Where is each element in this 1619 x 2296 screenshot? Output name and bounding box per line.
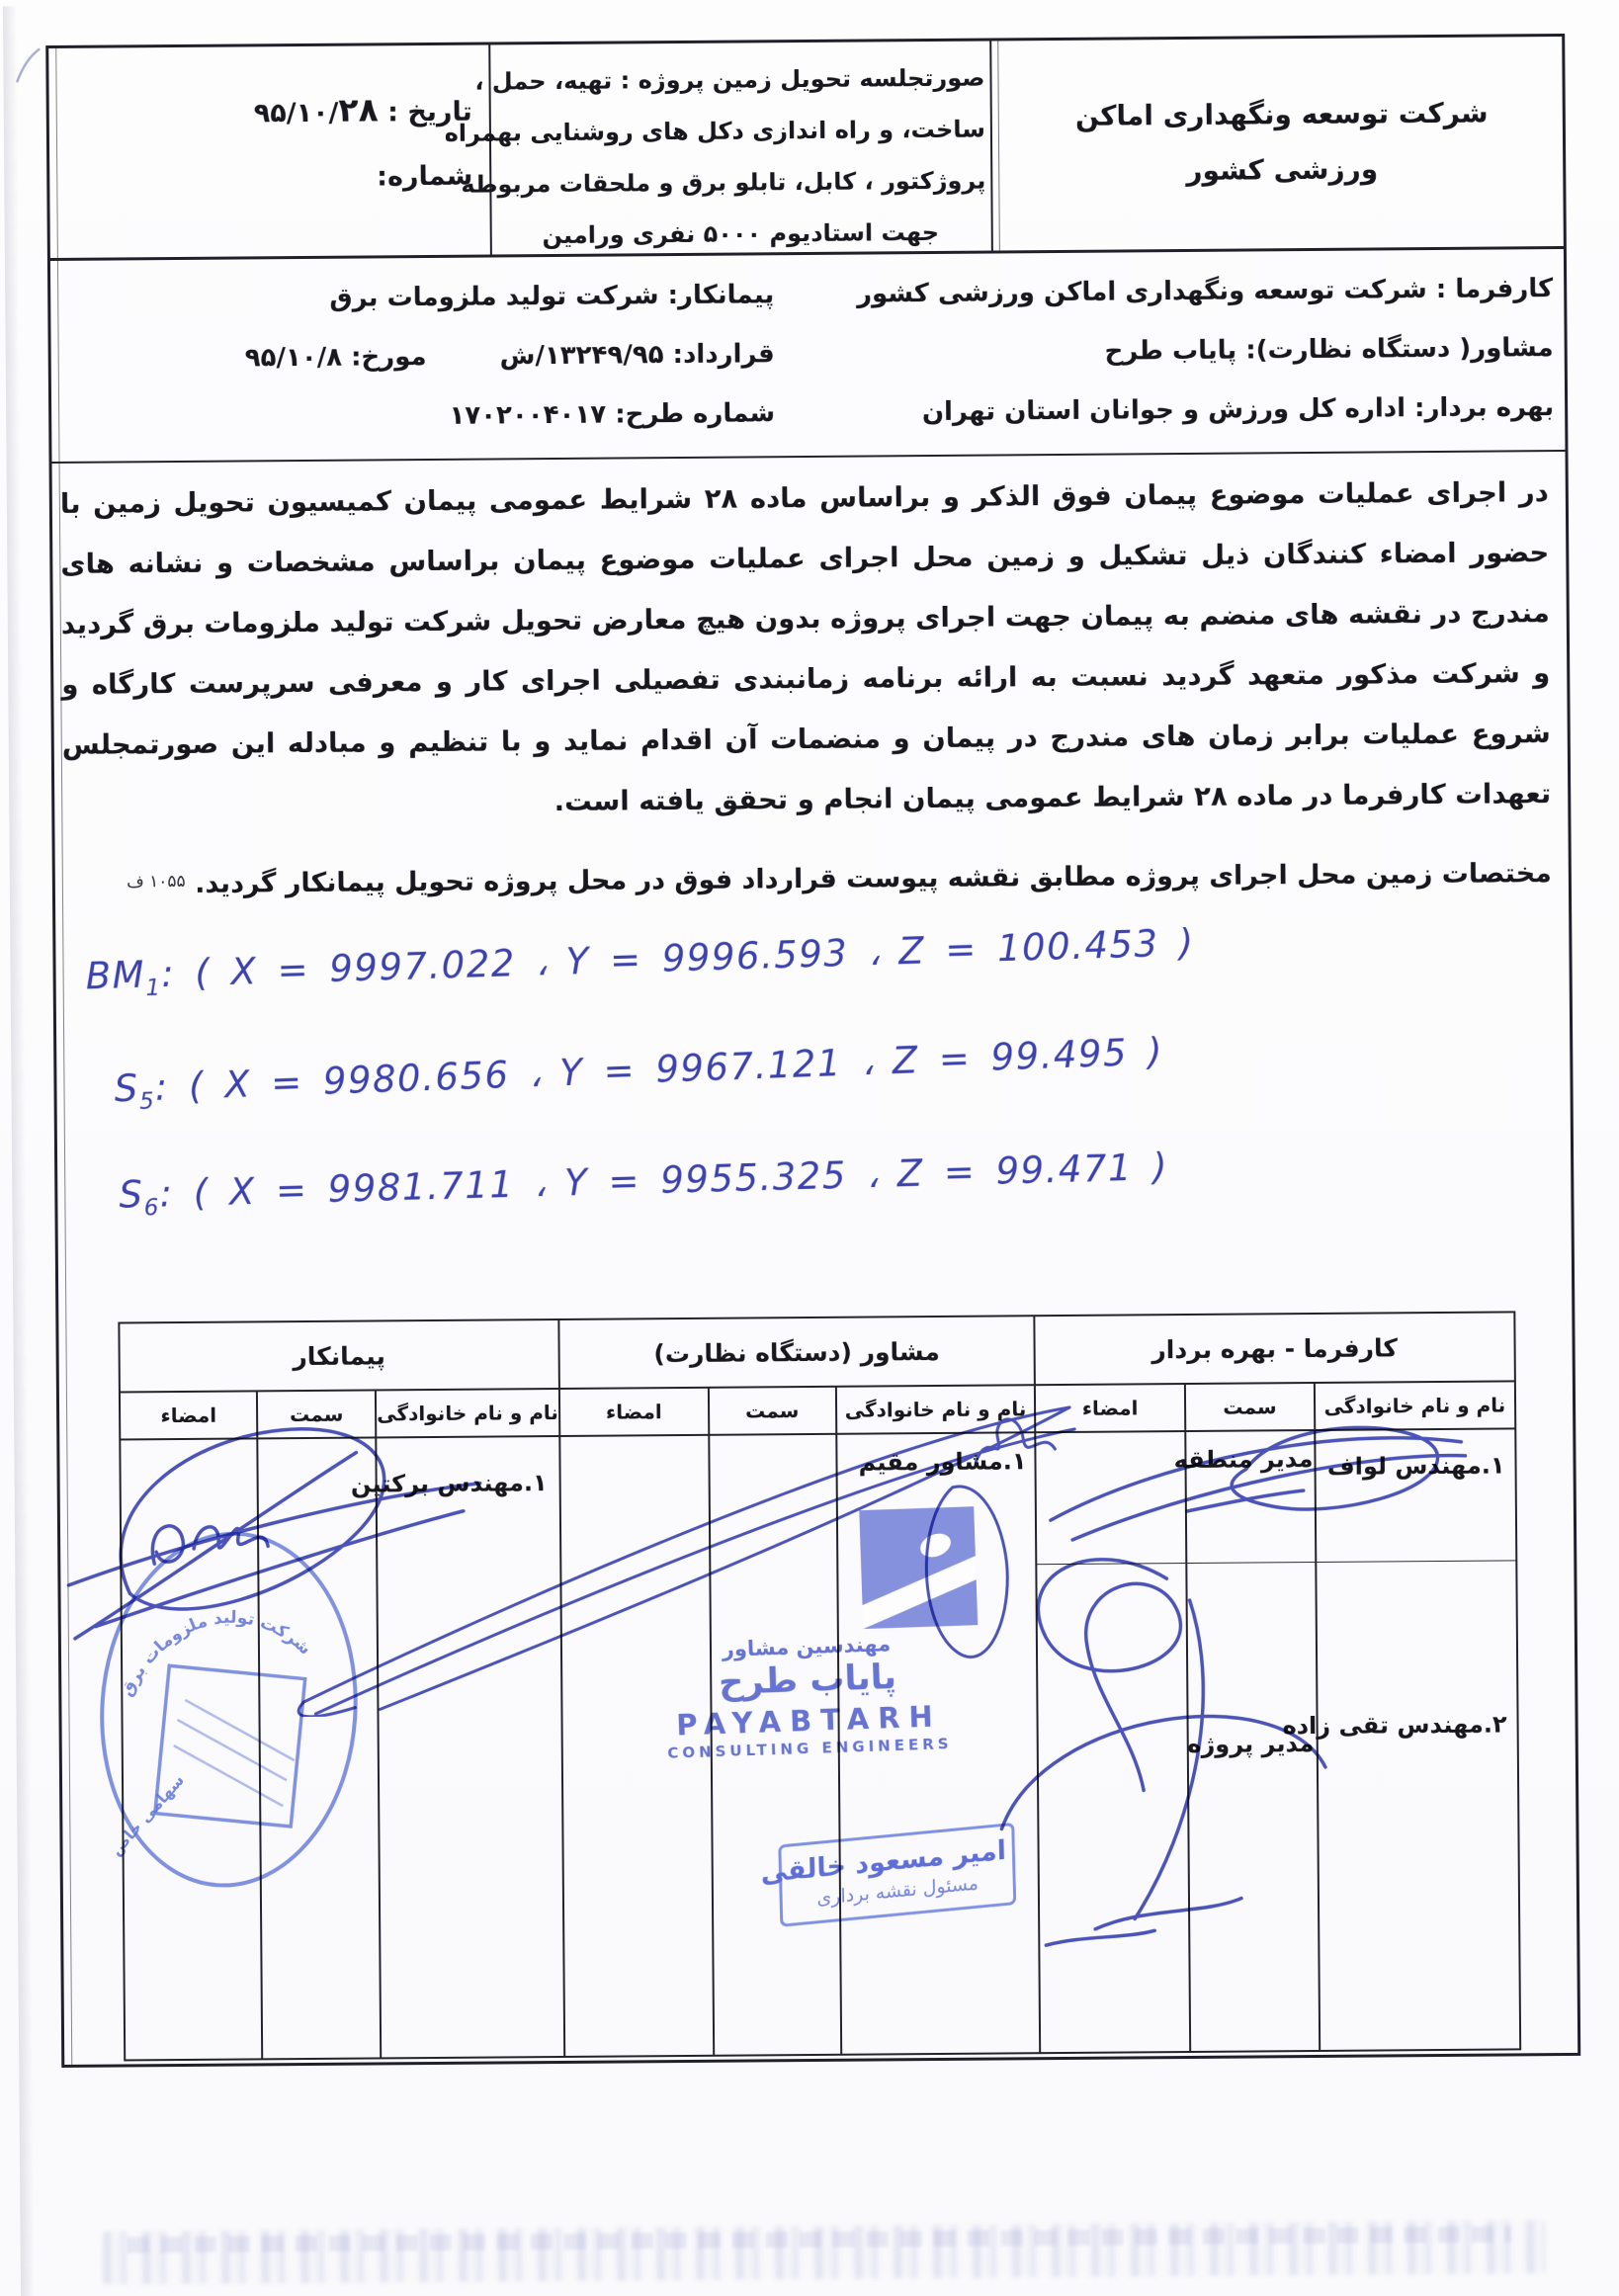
group-title: پیمانکار [120,1320,558,1393]
group-title: مشاور (دستگاه نظارت) [559,1317,1034,1390]
number-line: شماره: [377,161,472,193]
consultant-line: مشاور( دستگاه نظارت): پایاب طرح [792,318,1553,383]
col-header-name: نام و نام خانوادگی [835,1386,1035,1433]
group-title: کارفرما - بهره بردار [1035,1313,1514,1386]
col-header-role: سمت [707,1388,835,1434]
company-name: شرکت توسعه ونگهداری اماکن ورزشی کشور [1001,42,1563,243]
col-header-sign: امضاء [121,1392,257,1438]
signer-name: ۱.مهندس برکتین [351,1469,548,1498]
subject-block: صورتجلسه تحویل زمین پروژه : تهیه، حمل ، … [493,52,986,262]
scan-edge-shadow [3,6,35,2296]
group-consultant: مشاور (دستگاه نظارت) نام و نام خانوادگی … [557,1317,1039,2056]
subject-line: پروژکتور ، کابل، تابلو برق و ملحقات مربو… [494,155,985,211]
scanned-document: شرکت توسعه ونگهداری اماکن ورزشی کشور صور… [0,0,1619,2296]
signer-name: ۱.مهندس لواف [1327,1451,1505,1480]
signature-table: کارفرما - بهره بردار نام و نام خانوادگی … [118,1311,1521,2061]
contract-line: قرارداد: ۱۳۲۴۹/۹۵/شمورخ: ۹۵/۱۰/۸ [141,324,774,388]
subject-line: ساخت، و راه اندازی دکل های روشنایی بهمرا… [494,104,985,159]
col-header-name: نام و نام خانوادگی [1314,1382,1515,1429]
signer-name: ۲.مهندس تقی زاده [1282,1710,1506,1740]
parties-right-column: کارفرما : شرکت توسعه ونگهداری اماکن ورزش… [792,259,1554,443]
date-number-cell: تاریخ : ۹۵/۱۰/۲۸ شماره: [48,43,487,259]
subject-line: صورتجلسه تحویل زمین پروژه : تهیه، حمل ، [493,52,984,108]
operator-line: بهره بردار: اداره کل ورزش و جوانان استان… [793,378,1554,443]
signer-role: مدیر پروژه [1186,1730,1316,1758]
plan-number-line: شماره طرح: ۱۷۰۲۰۰۴۰۱۷ [142,383,775,448]
signer-role: مدیر منطقه [1183,1445,1313,1474]
group-employer-operator: کارفرما - بهره بردار نام و نام خانوادگی … [1033,1313,1519,2052]
parties-left-column: پیمانکار: شرکت تولید ملزومات برق قرارداد… [141,265,775,448]
body-paragraph: در اجرای عملیات موضوع پیمان فوق الذکر و … [60,463,1552,836]
group-contractor: پیمانکار نام و نام خانوادگی سمت امضاء ۱.… [120,1320,563,2059]
contractor-line: پیمانکار: شرکت تولید ملزومات برق [141,265,774,329]
signer-name: ۱.مشاور مقیم [858,1447,1026,1476]
col-header-role: سمت [1184,1384,1314,1430]
handwritten-day: ۲۸ [338,90,379,128]
subject-line: جهت استادیوم ۵۰۰۰ نفری ورامین [495,207,986,262]
col-header-role: سمت [256,1391,375,1437]
handwritten-note: ۱۰۵۵ ف [127,872,186,892]
employer-line: کارفرما : شرکت توسعه ونگهداری اماکن ورزش… [792,259,1553,324]
date-line: تاریخ : ۹۵/۱۰/۲۸ [254,90,472,130]
col-header-name: نام و نام خانوادگی [375,1390,558,1436]
col-header-sign: امضاء [1036,1385,1184,1431]
col-header-sign: امضاء [560,1389,708,1435]
